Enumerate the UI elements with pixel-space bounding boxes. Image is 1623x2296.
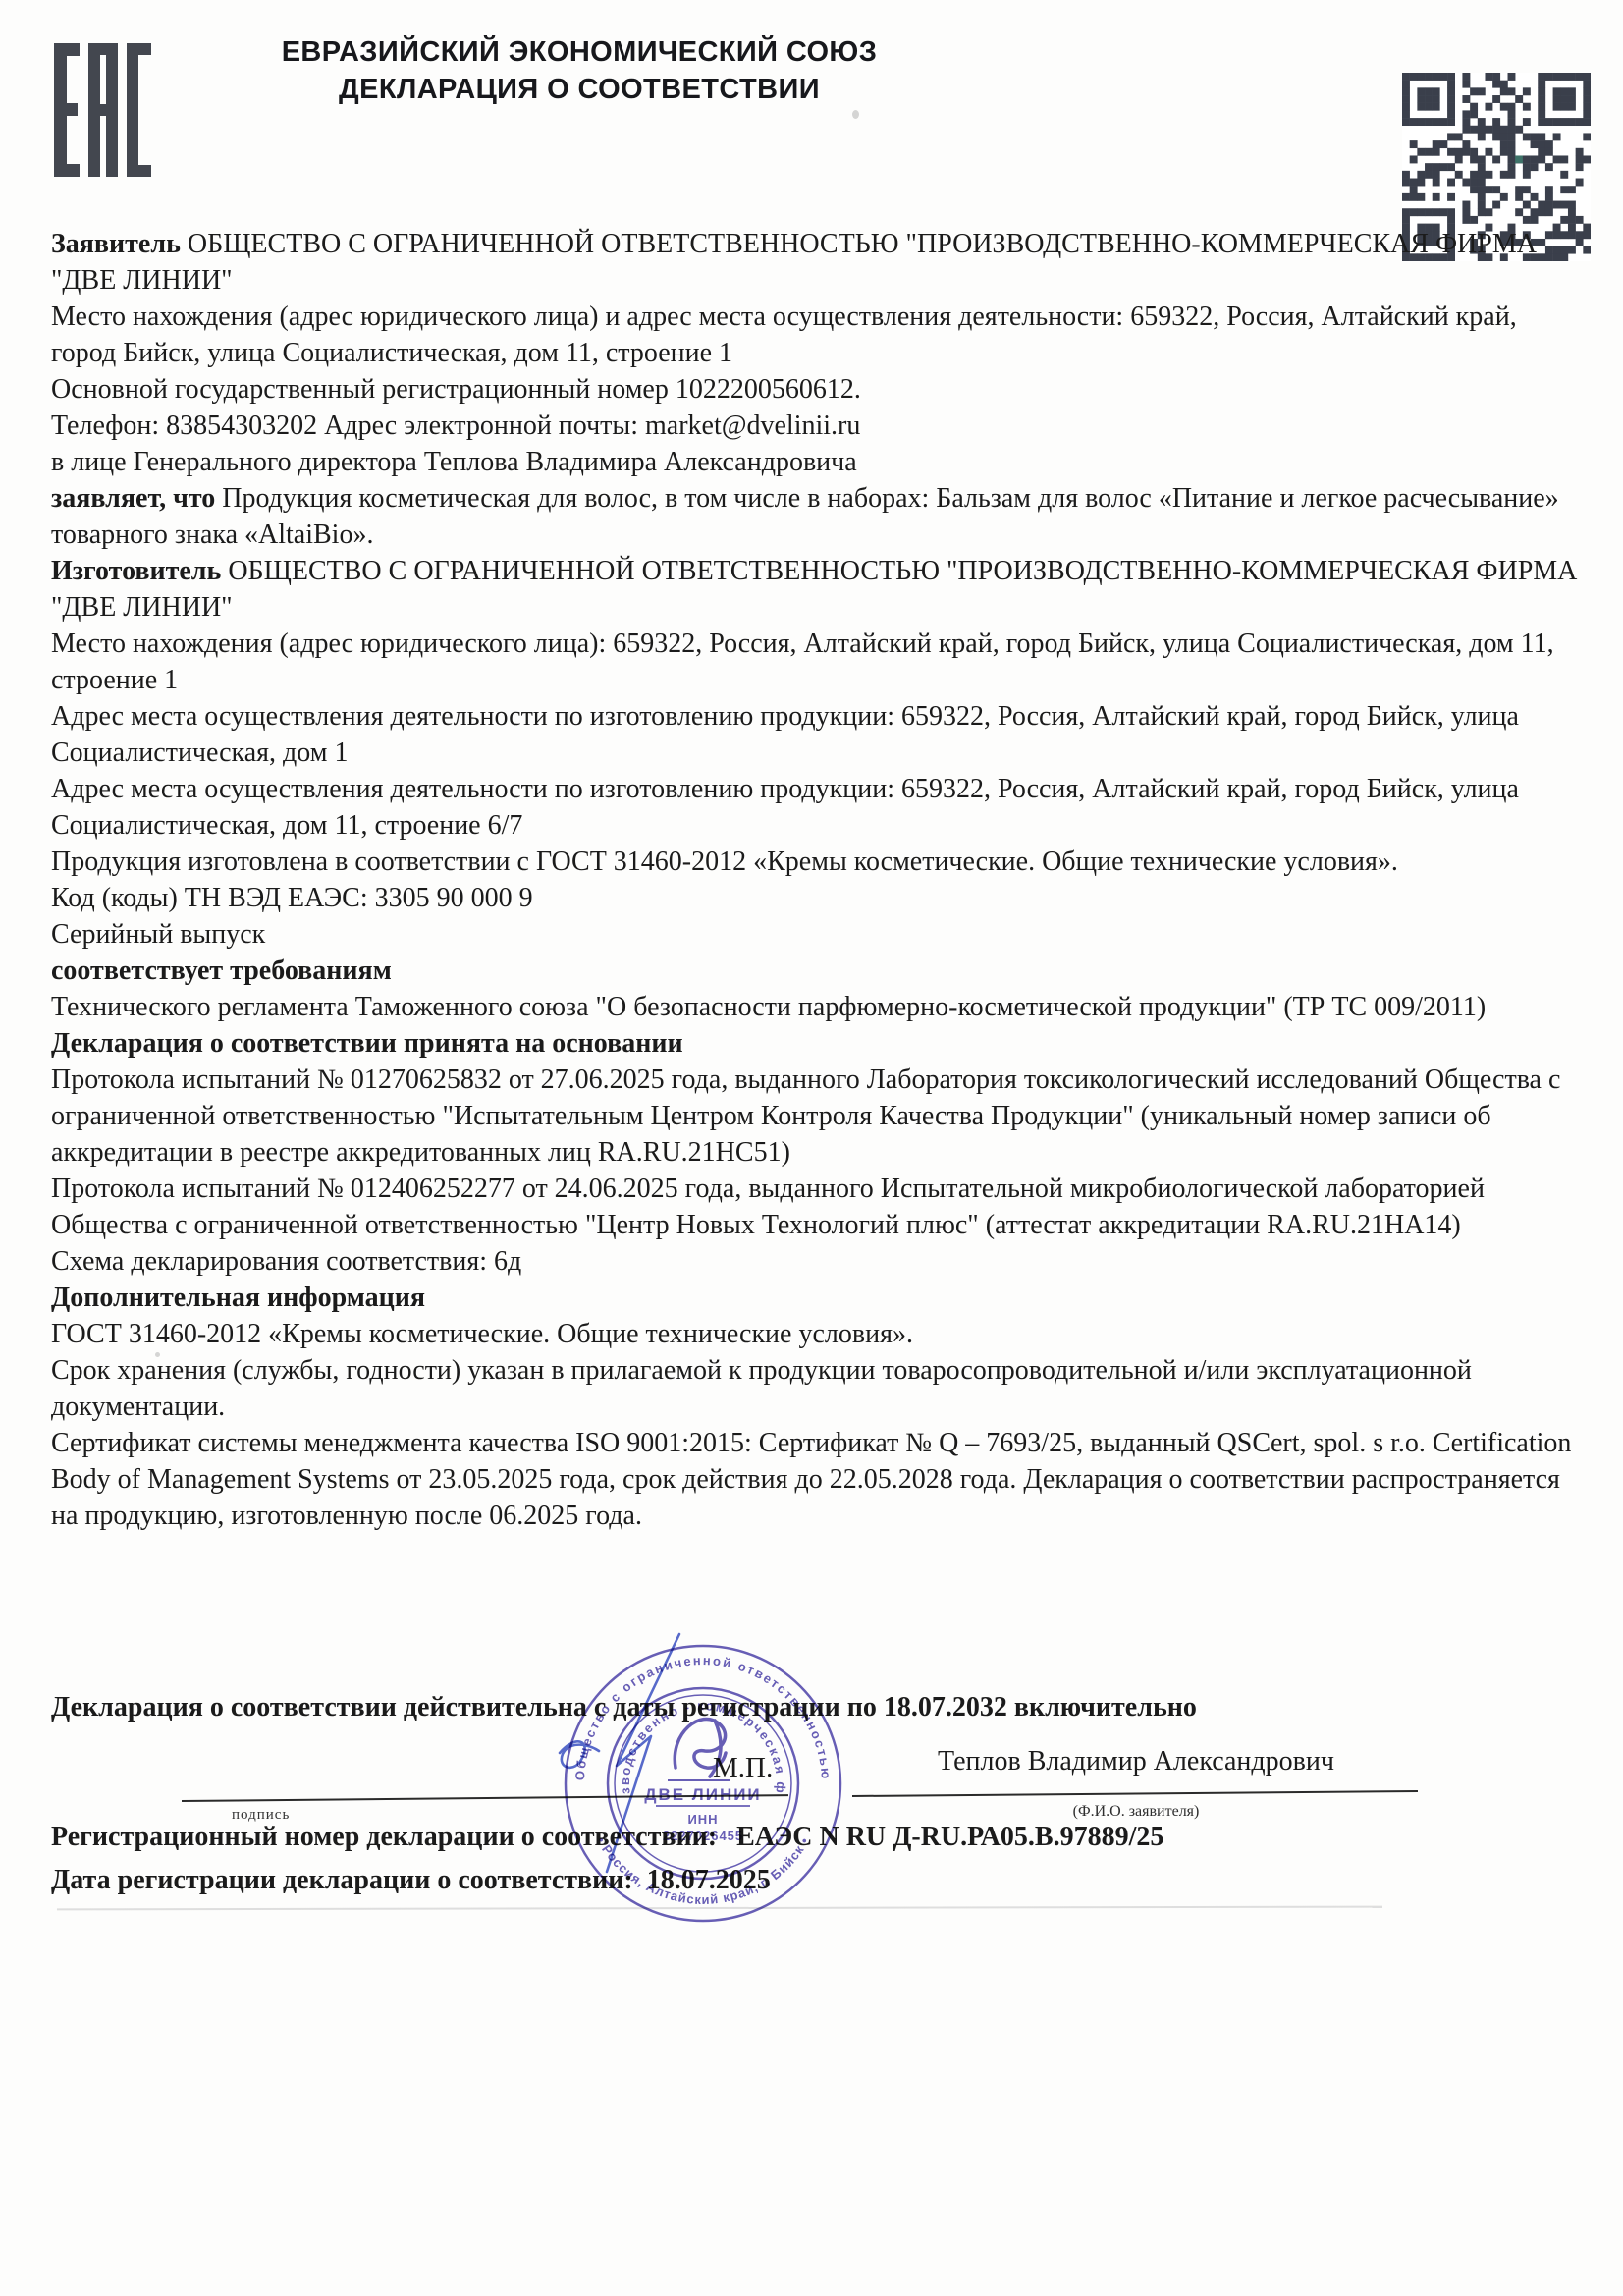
scheme-line: Схема декларирования соответствия: 6д (51, 1243, 1588, 1280)
director-line: в лице Генерального директора Теплова Вл… (51, 444, 1588, 480)
protocol-1: Протокола испытаний № 01270625832 от 27.… (51, 1062, 1588, 1171)
applicant-fio: Теплов Владимир Александрович (856, 1746, 1416, 1777)
union-title: ЕВРАЗИЙСКИЙ ЭКОНОМИЧЕСКИЙ СОЮЗ (245, 33, 913, 71)
complies-heading: соответствует требованиям (51, 953, 1588, 989)
manufacturer-label: Изготовитель (51, 556, 221, 586)
document-header: ЕВРАЗИЙСКИЙ ЭКОНОМИЧЕСКИЙ СОЮЗ ДЕКЛАРАЦИ… (245, 33, 913, 108)
phone-email-line: Телефон: 83854303202 Адрес электронной п… (51, 408, 1588, 444)
tnved-line: Код (коды) ТН ВЭД ЕАЭС: 3305 90 000 9 (51, 880, 1588, 916)
fio-line (852, 1790, 1418, 1797)
scan-speck (852, 110, 859, 119)
ogrn-line: Основной государственный регистрационный… (51, 371, 1588, 408)
additional-info-3: Сертификат системы менеджмента качества … (51, 1425, 1588, 1534)
declares-line: заявляет, что Продукция косметическая дл… (51, 480, 1588, 553)
manufacturer-line: Изготовитель ОБЩЕСТВО С ОГРАНИЧЕННОЙ ОТВ… (51, 553, 1588, 626)
complies-text: Технического регламента Таможенного союз… (51, 989, 1588, 1025)
eac-logo-glyphs (54, 43, 151, 177)
production-address-2: Адрес места осуществления деятельности п… (51, 771, 1588, 844)
gost-line: Продукция изготовлена в соответствии с Г… (51, 844, 1588, 880)
handwritten-signature (530, 1618, 736, 1893)
document-body: Заявитель ОБЩЕСТВО С ОГРАНИЧЕННОЙ ОТВЕТС… (51, 226, 1588, 1534)
applicant-label: Заявитель (51, 229, 181, 259)
production-address-1: Адрес места осуществления деятельности п… (51, 698, 1588, 771)
doc-title: ДЕКЛАРАЦИЯ О СООТВЕТСТВИИ (245, 71, 913, 108)
fio-caption: (Ф.И.О. заявителя) (856, 1803, 1416, 1821)
declaration-document: ЕВРАЗИЙСКИЙ ЭКОНОМИЧЕСКИЙ СОЮЗ ДЕКЛАРАЦИ… (0, 0, 1623, 2296)
additional-heading: Дополнительная информация (51, 1280, 1588, 1316)
scan-speck (155, 1352, 160, 1357)
applicant-address: Место нахождения (адрес юридического лиц… (51, 299, 1588, 371)
additional-info-2: Срок хранения (службы, годности) указан … (51, 1352, 1588, 1425)
serial-line: Серийный выпуск (51, 916, 1588, 953)
manufacturer-address: Место нахождения (адрес юридического лиц… (51, 626, 1588, 698)
protocol-2: Протокола испытаний № 012406252277 от 24… (51, 1171, 1588, 1243)
additional-info-1: ГОСТ 31460-2012 «Кремы косметические. Об… (51, 1316, 1588, 1352)
eac-logo (54, 33, 152, 183)
applicant-line: Заявитель ОБЩЕСТВО С ОГРАНИЧЕННОЙ ОТВЕТС… (51, 226, 1588, 299)
declares-label: заявляет, что (51, 483, 215, 514)
basis-heading: Декларация о соответствии принята на осн… (51, 1025, 1588, 1062)
